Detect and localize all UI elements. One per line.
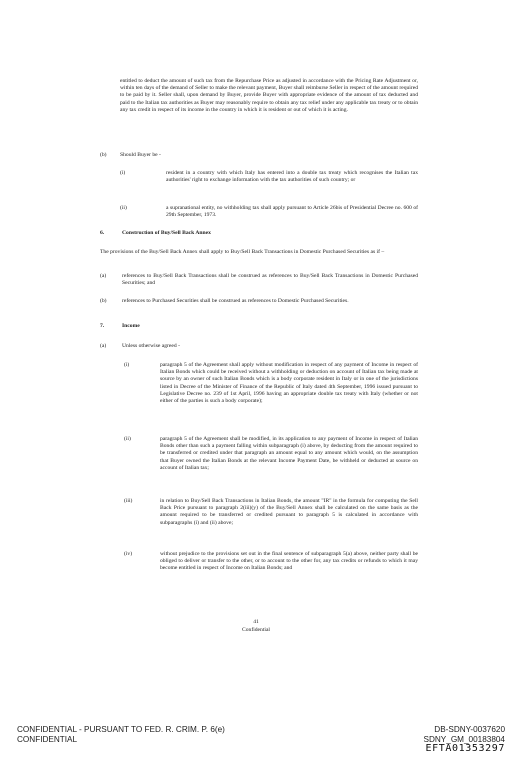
footer-left-line1: CONFIDENTIAL - PURSUANT TO FED. R. CRIM.… (17, 725, 225, 735)
section-7-item-ii-label: (ii) (124, 436, 131, 443)
footer-left-line2: CONFIDENTIAL (17, 735, 77, 745)
section-7-item-i-label: (i) (124, 362, 129, 369)
page-confidential-label: Confidential (206, 627, 306, 634)
section-7-number: 7. (100, 323, 104, 330)
intro-paragraph: entitled to deduct the amount of such ta… (120, 78, 418, 114)
section-6-item-b-text: references to Purchased Securities shall… (122, 298, 418, 305)
section-7-heading: Income (122, 323, 140, 330)
section-6-intro: The provisions of the Buy/Sell Back Anne… (100, 249, 418, 256)
clause-b-label: (b) (100, 152, 107, 159)
clause-b-text: Should Buyer be - (120, 152, 161, 159)
clause-b-item-i-text: resident in a country with which Italy h… (166, 170, 418, 184)
section-6-number: 6. (100, 230, 104, 237)
section-7-item-iii-text: in relation to Buy/Sell Back Transaction… (160, 498, 418, 527)
clause-b-item-ii-text: a supranational entity, no withholding t… (166, 205, 418, 219)
section-6-item-a-label: (a) (100, 273, 106, 280)
clause-b-item-ii-label: (ii) (120, 205, 127, 212)
footer-bates-db: DB-SDNY-0037620 (434, 725, 505, 735)
section-6-item-b-label: (b) (100, 298, 107, 305)
section-7-item-iv-label: (iv) (124, 551, 132, 558)
section-7-clause-a-label: (a) (100, 343, 106, 350)
section-7-item-i-text: paragraph 5 of the Agreement shall apply… (160, 362, 418, 405)
section-6-item-a-text: references to Buy/Sell Back Transactions… (122, 273, 418, 287)
section-7-item-ii-text: paragraph 5 of the Agreement shall be mo… (160, 436, 418, 472)
section-7-item-iii-label: (iii) (124, 498, 132, 505)
section-7-clause-a-text: Unless otherwise agreed - (122, 343, 180, 350)
section-7-item-iv-text: without prejudice to the provisions set … (160, 551, 418, 573)
section-6-heading: Construction of Buy/Sell Back Annex (122, 230, 211, 237)
clause-b-item-i-label: (i) (120, 170, 125, 177)
document-page: entitled to deduct the amount of such ta… (0, 0, 512, 762)
page-number: 41 (206, 619, 306, 626)
footer-efta-id: EFTA01353297 (426, 744, 505, 754)
